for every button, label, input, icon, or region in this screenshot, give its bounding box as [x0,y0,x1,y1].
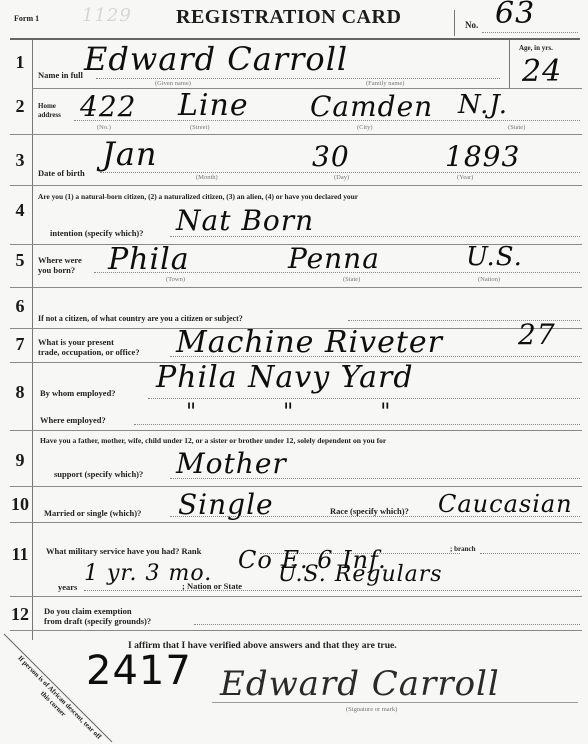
occupation-value: Machine Riveter [176,325,443,360]
caption: (City) [357,124,373,131]
occupation-extra: 27 [518,318,556,351]
birthplace-nation: U.S. [466,242,523,272]
divider [96,78,500,79]
address-label: address [38,111,61,119]
military-label: What military service have you had? Rank [46,546,201,556]
row-number: 12 [10,604,30,625]
divider [10,522,582,523]
birthplace-label: Where were [38,255,82,265]
caption: (Year) [457,174,473,181]
race-value: Caucasian [438,490,573,518]
signature-caption: (Signature or mark) [346,706,397,713]
exemption-label: Do you claim exemption [44,606,132,616]
dependents-question: Have you a father, mother, wife, child u… [40,436,386,445]
divider [10,185,582,186]
caption: (State) [508,124,525,131]
divider [482,32,578,33]
divider [194,624,580,625]
birthplace-label: you born? [38,265,75,275]
row-number: 8 [10,382,30,403]
caption: (Day) [334,174,349,181]
form-label: Form 1 [14,14,39,23]
row-number: 7 [10,334,30,355]
registration-card: Form 1 1129 REGISTRATION CARD No. 63 1 N… [0,0,588,744]
address-number: 422 [80,90,136,123]
row-number: 6 [10,296,30,317]
military-years-label: years [58,582,77,592]
divider [84,590,580,591]
signature: Edward Carroll [220,664,500,704]
divider [170,236,580,237]
branch-label: ; branch [450,545,475,553]
caption: (Town) [166,276,185,283]
race-label: Race (specify which)? [330,506,409,516]
divider [10,596,582,597]
caption: (State) [343,276,360,283]
caption: (Given name) [155,80,191,87]
divider [32,88,582,89]
employment-place-value: " " " [186,400,430,425]
military-nation-value: U.S. Regulars [278,562,443,587]
marital-label: Married or single (which)? [44,508,141,518]
divider [170,516,580,517]
row-number: 5 [10,250,30,271]
divider [170,478,580,479]
dependents-value: Mother [176,447,287,480]
divider [94,272,580,273]
birthplace-state: Penna [288,242,380,275]
address-label: Home [38,102,56,110]
faint-serial: 1129 [82,5,132,26]
birth-year: 1893 [445,140,520,173]
card-number: 63 [495,0,535,31]
divider [148,398,580,399]
no-label: No. [465,20,478,30]
occupation-label: trade, occupation, or office? [38,347,140,357]
row-number: 9 [10,450,30,471]
citizenship-value: Nat Born [176,204,314,237]
dependents-label: support (specify which)? [54,469,143,479]
caption: (Nation) [478,276,500,283]
citizenship-label: intention (specify which)? [50,228,144,238]
row-number: 4 [10,200,30,221]
divider [10,486,582,487]
occupation-label: What is your present [38,337,114,347]
divider [212,702,578,703]
birth-day: 30 [312,140,350,173]
caption: (Family name) [366,80,404,87]
divider [10,287,582,288]
divider [454,10,455,36]
age-label: Age, in yrs. [519,44,553,52]
age-value: 24 [522,54,562,89]
row-number: 10 [10,494,30,515]
row-number: 2 [10,96,30,117]
row-number: 11 [10,544,30,565]
card-title: REGISTRATION CARD [176,6,401,29]
divider [509,40,510,88]
address-city: Camden [310,90,433,123]
divider [100,172,580,173]
birth-date-label: Date of birth [38,168,85,178]
employer-value: Phila Navy Yard [156,360,414,395]
birth-month: Jan [102,135,158,173]
divider [10,134,582,135]
name-value: Edward Carroll [84,40,348,78]
caption: (Month) [196,174,218,181]
employment-place-label: Where employed? [40,415,106,425]
divider [170,356,580,357]
divider [134,424,580,425]
divider [32,40,33,640]
exemption-label: from draft (specify grounds)? [44,616,151,626]
divider [480,553,580,554]
stamp-number: 2417 [86,648,192,694]
row-number: 1 [10,52,30,73]
caption: (Street) [190,124,210,131]
citizenship-question: Are you (1) a natural-born citizen, (2) … [38,192,358,201]
divider [10,430,582,431]
caption: (No.) [97,124,111,131]
address-state: N.J. [458,90,508,120]
citizenship-country-label: If not a citizen, of what country are yo… [38,314,243,323]
employer-label: By whom employed? [40,388,116,398]
address-street: Line [178,88,249,123]
name-label: Name in full [38,70,83,80]
divider [74,120,580,121]
row-number: 3 [10,150,30,171]
